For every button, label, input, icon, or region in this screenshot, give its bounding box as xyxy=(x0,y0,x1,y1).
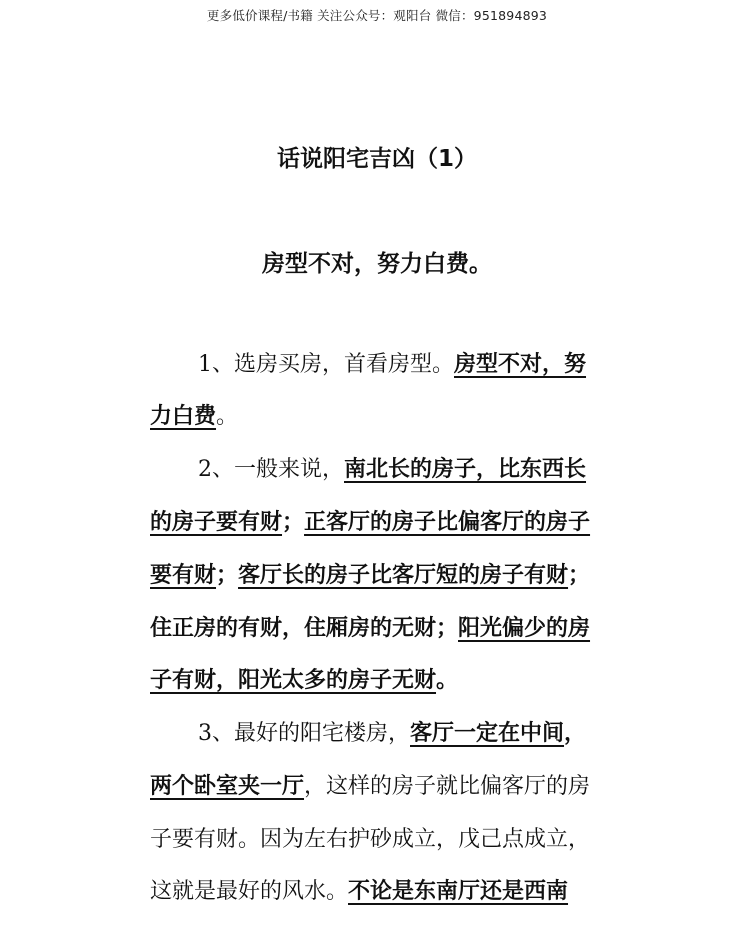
text-segment: ； xyxy=(282,510,304,535)
paragraph-3-line-2: 两个卧室夹一厅，这样的房子就比偏客厅的房 xyxy=(150,772,650,802)
emphasis-segment: 阳光偏少的房 xyxy=(458,616,590,641)
text-segment: 。 xyxy=(216,404,238,429)
paragraph-3-line-1: 3、最好的阳宅楼房，客厅一定在中间， xyxy=(198,719,698,749)
text-segment: 这就是最好的风水。 xyxy=(150,879,348,904)
text-segment: 。 xyxy=(436,668,458,693)
paragraph-1-line-2: 力白费。 xyxy=(150,402,650,432)
text-segment: ； xyxy=(568,563,590,588)
paragraph-2-line-2: 的房子要有财；正客厅的房子比偏客厅的房子 xyxy=(150,508,650,538)
paragraph-3-line-4: 这就是最好的风水。不论是东南厅还是西南 xyxy=(150,877,650,907)
text-segment: ； xyxy=(216,563,238,588)
emphasis-segment: 力白费 xyxy=(150,404,216,429)
emphasis-segment: 的房子要有财 xyxy=(150,510,282,535)
emphasis-segment: 子有财，阳光太多的房子无财 xyxy=(150,668,436,693)
paragraph-2-line-4: 住正房的有财，住厢房的无财；阳光偏少的房 xyxy=(150,614,650,644)
text-segment: 1、选房买房，首看房型。 xyxy=(198,352,454,377)
paragraph-2-line-3: 要有财；客厅长的房子比客厅短的房子有财； xyxy=(150,561,650,591)
emphasis-segment: 不论是东南厅还是西南 xyxy=(348,879,568,904)
emphasis-segment: 两个卧室夹一厅 xyxy=(150,774,304,799)
emphasis-segment: 客厅长的房子比客厅短的房子有财 xyxy=(238,563,568,588)
emphasis-segment: 要有财 xyxy=(150,563,216,588)
emphasis-segment: 房型不对，努 xyxy=(454,352,586,377)
emphasis-segment: 客厅一定在中间 xyxy=(410,721,564,746)
document-title: 话说阳宅吉凶（1） xyxy=(0,140,754,173)
text-segment: 子要有财。因为左右护砂成立，戊己点成立， xyxy=(150,827,590,852)
text-segment: 2、一般来说， xyxy=(198,457,344,482)
paragraph-1-line-1: 1、选房买房，首看房型。房型不对，努 xyxy=(198,350,698,380)
page-header-banner: 更多低价课程/书籍 关注公众号：观阳台 微信：951894893 xyxy=(0,6,754,24)
text-segment: 住正房的有财，住厢房的无财； xyxy=(150,616,458,641)
paragraph-2-line-5: 子有财，阳光太多的房子无财。 xyxy=(150,666,650,696)
text-segment: ，这样的房子就比偏客厅的房 xyxy=(304,774,590,799)
emphasis-segment: 南北长的房子，比东西长 xyxy=(344,457,586,482)
text-segment: 3、最好的阳宅楼房， xyxy=(198,721,410,746)
document-subtitle: 房型不对，努力白费。 xyxy=(0,245,754,278)
paragraph-3-line-3: 子要有财。因为左右护砂成立，戊己点成立， xyxy=(150,825,650,855)
paragraph-2-line-1: 2、一般来说，南北长的房子，比东西长 xyxy=(198,455,698,485)
text-segment: ， xyxy=(564,721,586,746)
emphasis-segment: 正客厅的房子比偏客厅的房子 xyxy=(304,510,590,535)
